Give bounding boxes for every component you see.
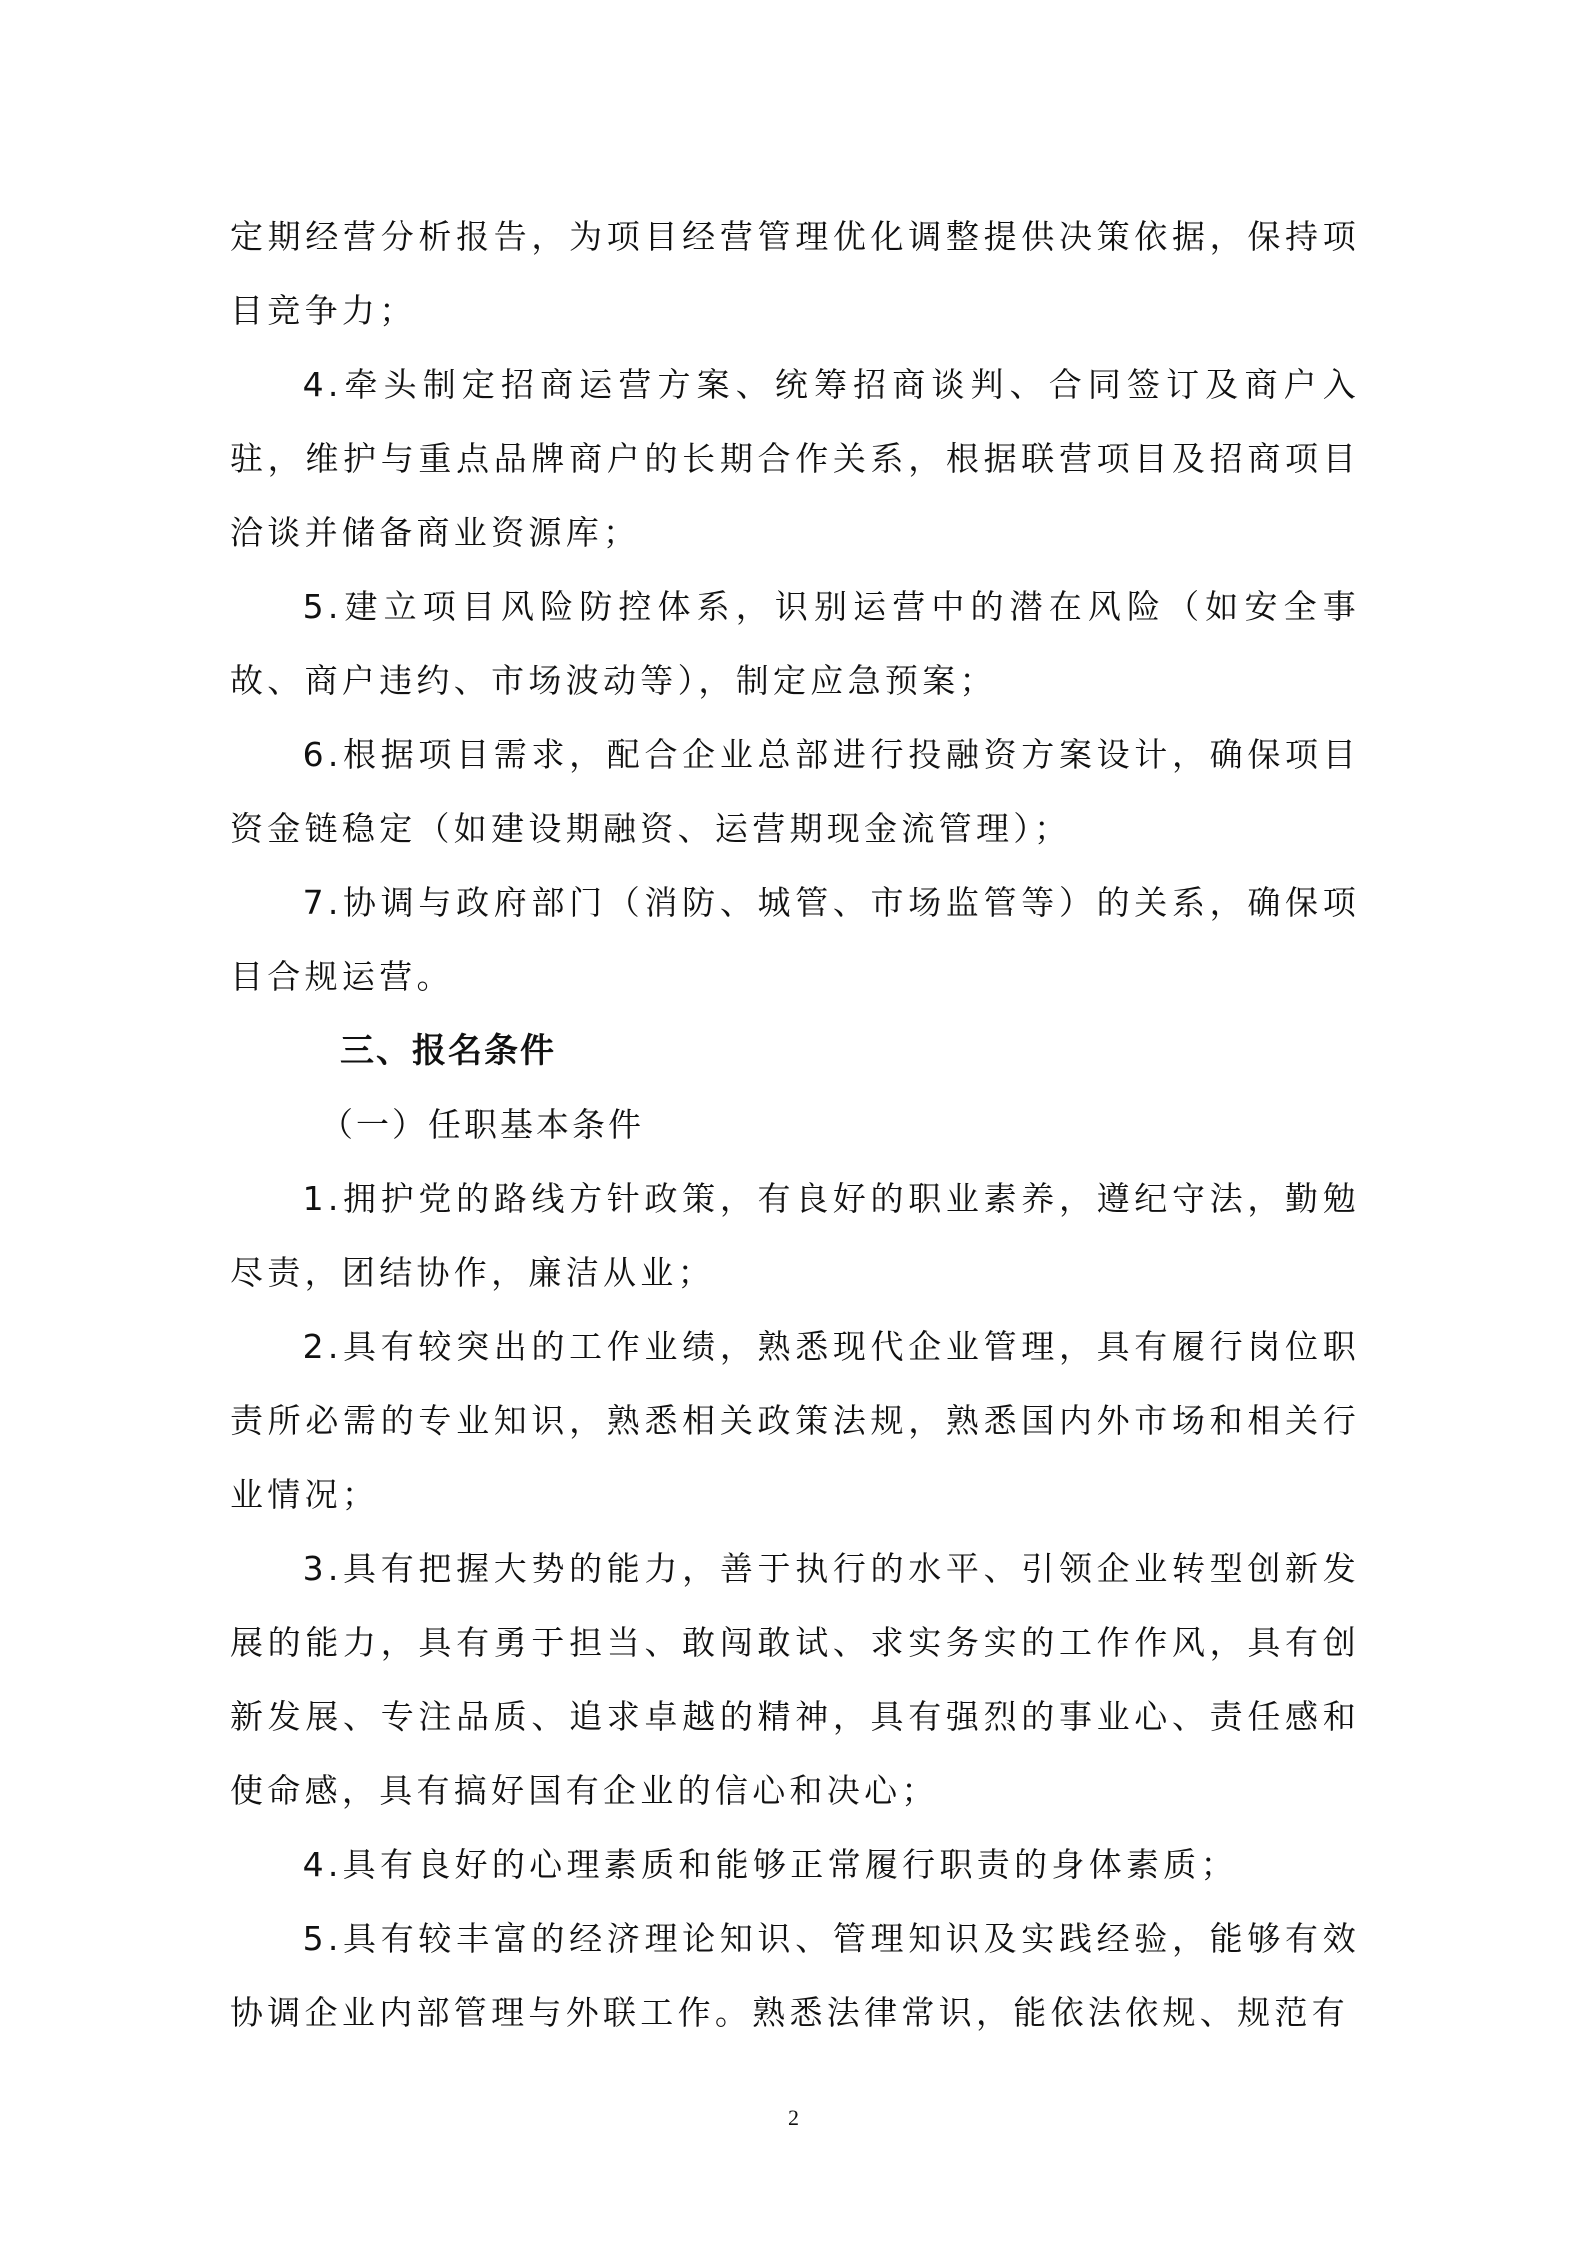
requirement-item-4: 4.具有良好的心理素质和能够正常履行职责的身体素质；	[230, 1828, 1360, 1902]
requirement-item-1: 1.拥护党的路线方针政策，有良好的职业素养，遵纪守法，勤勉尽责，团结协作，廉洁从…	[230, 1162, 1360, 1310]
requirement-item-2: 2.具有较突出的工作业绩，熟悉现代企业管理，具有履行岗位职责所必需的专业知识，熟…	[230, 1310, 1360, 1532]
section-heading: 三、报名条件	[230, 1014, 1360, 1088]
requirement-item-3: 3.具有把握大势的能力，善于执行的水平、引领企业转型创新发展的能力，具有勇于担当…	[230, 1532, 1360, 1828]
duty-item-6: 6.根据项目需求，配合企业总部进行投融资方案设计，确保项目资金链稳定（如建设期融…	[230, 718, 1360, 866]
duty-item-7: 7.协调与政府部门（消防、城管、市场监管等）的关系，确保项目合规运营。	[230, 866, 1360, 1014]
paragraph-continuation: 定期经营分析报告，为项目经营管理优化调整提供决策依据，保持项目竞争力；	[230, 200, 1360, 348]
duty-item-5: 5.建立项目风险防控体系，识别运营中的潜在风险（如安全事故、商户违约、市场波动等…	[230, 570, 1360, 718]
requirement-item-5: 5.具有较丰富的经济理论知识、管理知识及实践经验，能够有效协调企业内部管理与外联…	[230, 1902, 1360, 2050]
duty-item-4: 4.牵头制定招商运营方案、统筹招商谈判、合同签订及商户入驻，维护与重点品牌商户的…	[230, 348, 1360, 570]
subsection-heading: （一）任职基本条件	[230, 1088, 1360, 1162]
document-page: 定期经营分析报告，为项目经营管理优化调整提供决策依据，保持项目竞争力； 4.牵头…	[230, 200, 1360, 2050]
page-number: 2	[0, 2105, 1587, 2131]
